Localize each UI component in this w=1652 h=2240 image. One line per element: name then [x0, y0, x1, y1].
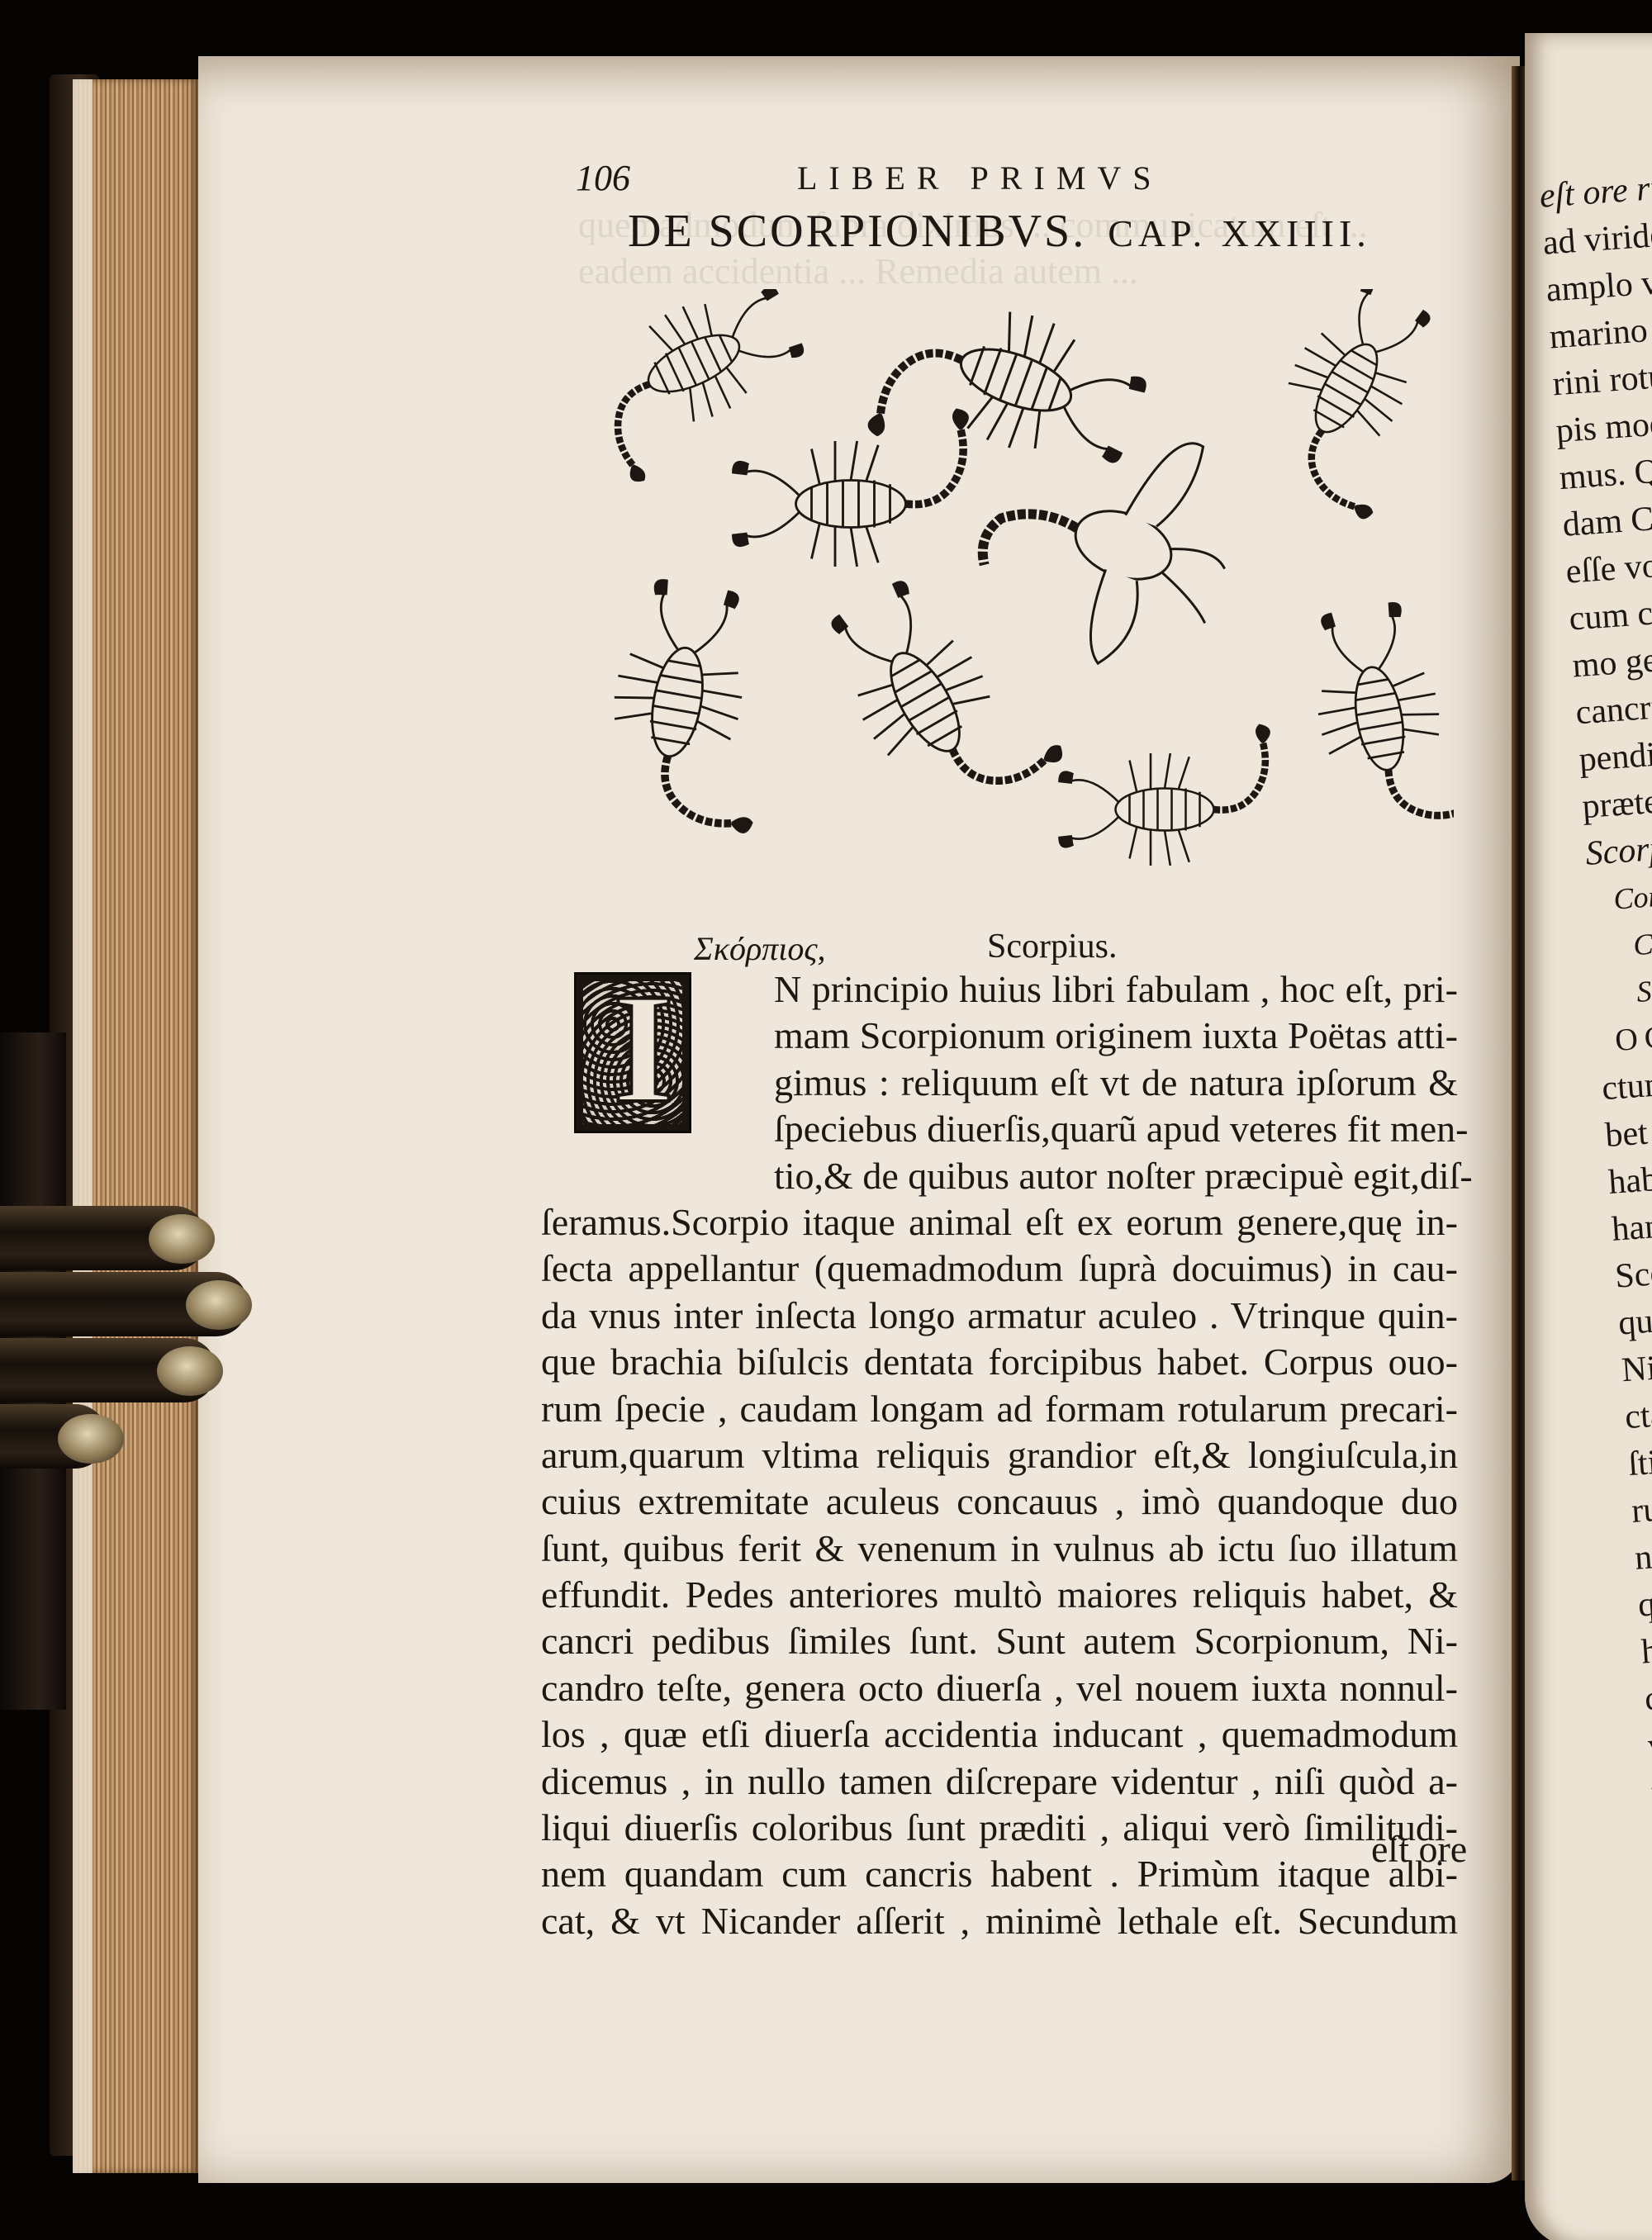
text-line: amplo vent: [1545, 258, 1652, 315]
text-line: rum ſpecie , caudam longam ad formam rot…: [541, 1386, 1458, 1432]
catchword: eſt ore: [1371, 1827, 1467, 1871]
text-line: ſpeciebus diuerſis,quarũ apud veteres fi…: [541, 1106, 1458, 1152]
text-line: mo genere l: [1571, 634, 1652, 691]
running-title: LIBER PRIMVS: [797, 159, 1163, 197]
text-line: dam Cancro: [1561, 492, 1652, 549]
page-number: 106: [576, 157, 630, 199]
text-line: Scorpionis e: [1584, 821, 1652, 878]
text-line: Scorpionum: [1613, 1244, 1652, 1301]
bronze-hand-clip-icon: [0, 1206, 252, 1478]
text-line: cancri pedibus ſimiles ſunt. Sunt autem …: [541, 1618, 1458, 1664]
text-line: bet locuſtæ ſ: [1604, 1103, 1652, 1160]
text-line: que brachia biſulcis dentata forcipibus …: [541, 1339, 1458, 1385]
chapter-number: CAP. XXIIII.: [1108, 212, 1371, 254]
text-line: nem quandam cum cancris habent . Primùm …: [541, 1851, 1458, 1897]
text-line: cum cancro: [1568, 586, 1652, 643]
text-line: cat, & vt Nicander aſſerit , minimè leth…: [541, 1898, 1458, 1944]
text-line: ſunt, quibus ferit & venenum in vulnus a…: [541, 1526, 1458, 1572]
text-line: gimus : reliquum eſt vt de natura ipſoru…: [541, 1060, 1458, 1106]
text-line: marino can: [1548, 305, 1652, 362]
endpaper-edge: [73, 79, 93, 2173]
clip-fingernail: [149, 1214, 215, 1264]
text-line: ſecta appellantur (quemadmodum ſuprà doc…: [541, 1246, 1458, 1292]
text-line: arum,quarum vltima reliquis grandior eſt…: [541, 1432, 1458, 1478]
text-line: ctum, ſumm: [1601, 1056, 1652, 1113]
scorpion-woodcut-figure: [578, 289, 1454, 867]
body-text: N principio huius libri fabulam , hoc eſ…: [541, 966, 1458, 1944]
text-line: cuius extremitate aculeus concauus , imò…: [541, 1478, 1458, 1525]
text-line: candro teſte, genera octo diuerſa , vel …: [541, 1665, 1458, 1711]
text-line: ſeramus.Scorpio itaque animal eſt ex eor…: [541, 1199, 1458, 1246]
text-line: ad viride in: [1541, 211, 1652, 268]
text-line: hanc, nunc al: [1610, 1197, 1652, 1254]
text-line: effundit. Pedes anteriores multò maiores…: [541, 1572, 1458, 1618]
chapter-title: DE SCORPIONIBVS.: [628, 206, 1086, 257]
clip-fingernail: [186, 1280, 252, 1330]
latin-name-label: Scorpius.: [987, 927, 1118, 966]
text-line: liqui diuerſis coloribus ſunt præditi , …: [541, 1805, 1458, 1851]
text-line: rini rotundi: [1551, 352, 1652, 409]
text-line: eſſe voluit , ſ: [1564, 539, 1652, 596]
text-line: mus. Quand: [1558, 445, 1652, 502]
text-line: mam Scorpionum originem iuxta Poëtas att…: [541, 1013, 1458, 1059]
text-line: N principio huius libri fabulam , hoc eſ…: [541, 966, 1458, 1013]
text-line: da vnus inter inſecta longo armatur acul…: [541, 1293, 1458, 1339]
text-line: habere acule: [1607, 1150, 1652, 1207]
text-line: eſt ore rufeſ: [1538, 164, 1652, 221]
section-heading: OCTAV: [1597, 1009, 1652, 1066]
text-line: tio,& de quibus autor noſter præcipuè eg…: [541, 1153, 1458, 1199]
text-line: pis modum: [1555, 398, 1652, 455]
verse-line: Cætera ſ: [1591, 915, 1652, 972]
text-line: dicemus , in nullo tamen diſcrepare vide…: [541, 1758, 1458, 1805]
text-line: prætereà ſi i: [1581, 774, 1652, 831]
text-line: pendices qua: [1578, 727, 1652, 784]
clip-fingernail: [58, 1414, 124, 1464]
text-line: cancri , qui t: [1574, 681, 1652, 738]
text-line: los , quæ etſi diuerſa accidentia induca…: [541, 1711, 1458, 1758]
clip-fingernail: [157, 1346, 223, 1396]
chapter-heading: DE SCORPIONIBVS.CAP. XXIIII.: [628, 205, 1371, 258]
greek-name-label: Σκόρπιος,: [694, 929, 826, 968]
verse-line: Scorpius: [1594, 962, 1652, 1019]
